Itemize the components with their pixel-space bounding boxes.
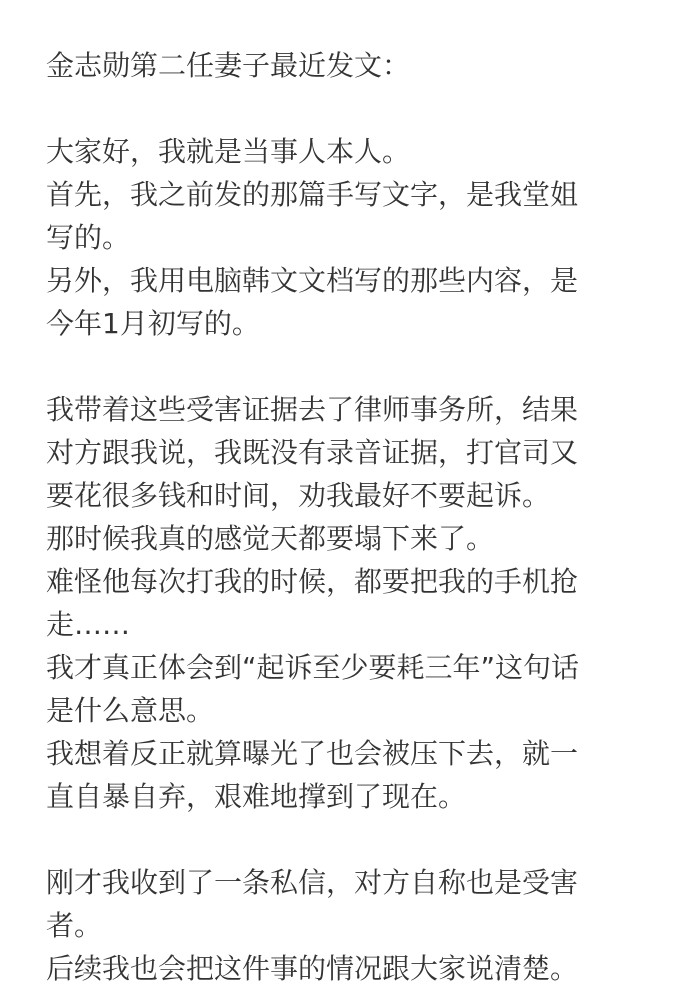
paragraph-spacer <box>46 818 646 861</box>
text-line: 者。 <box>46 904 646 947</box>
text-line: 首先，我之前发的那篇手写文字，是我堂姐 <box>46 173 646 216</box>
text-line: 大家好，我就是当事人本人。 <box>46 130 646 173</box>
text-line: 我带着这些受害证据去了律师事务所，结果 <box>46 388 646 431</box>
text-line: 写的。 <box>46 216 646 259</box>
paragraph-3: 刚才我收到了一条私信，对方自称也是受害 者。 后续我也会把这件事的情况跟大家说清… <box>46 861 646 990</box>
text-line: 那时候我真的感觉天都要塌下来了。 <box>46 517 646 560</box>
paragraph-1: 大家好，我就是当事人本人。 首先，我之前发的那篇手写文字，是我堂姐 写的。 另外… <box>46 130 646 345</box>
document-title: 金志勋第二任妻子最近发文： <box>46 44 646 87</box>
text-line: 另外，我用电脑韩文文档写的那些内容，是 <box>46 259 646 302</box>
text-line: 今年1月初写的。 <box>46 302 646 345</box>
text-line: 我才真正体会到“起诉至少要耗三年”这句话 <box>46 646 646 689</box>
paragraph-spacer <box>46 87 646 130</box>
text-line: 直自暴自弃，艰难地撑到了现在。 <box>46 775 646 818</box>
text-line: 我想着反正就算曝光了也会被压下去，就一 <box>46 732 646 775</box>
text-line: 对方跟我说，我既没有录音证据，打官司又 <box>46 431 646 474</box>
paragraph-2: 我带着这些受害证据去了律师事务所，结果 对方跟我说，我既没有录音证据，打官司又 … <box>46 388 646 818</box>
text-line: 刚才我收到了一条私信，对方自称也是受害 <box>46 861 646 904</box>
text-line: 是什么意思。 <box>46 689 646 732</box>
text-line: 要花很多钱和时间，劝我最好不要起诉。 <box>46 474 646 517</box>
text-line: 后续我也会把这件事的情况跟大家说清楚。 <box>46 947 646 990</box>
paragraph-spacer <box>46 345 646 388</box>
text-line: 难怪他每次打我的时候，都要把我的手机抢 <box>46 560 646 603</box>
document-body: 金志勋第二任妻子最近发文： 大家好，我就是当事人本人。 首先，我之前发的那篇手写… <box>46 44 646 990</box>
text-line: 走…… <box>46 603 646 646</box>
